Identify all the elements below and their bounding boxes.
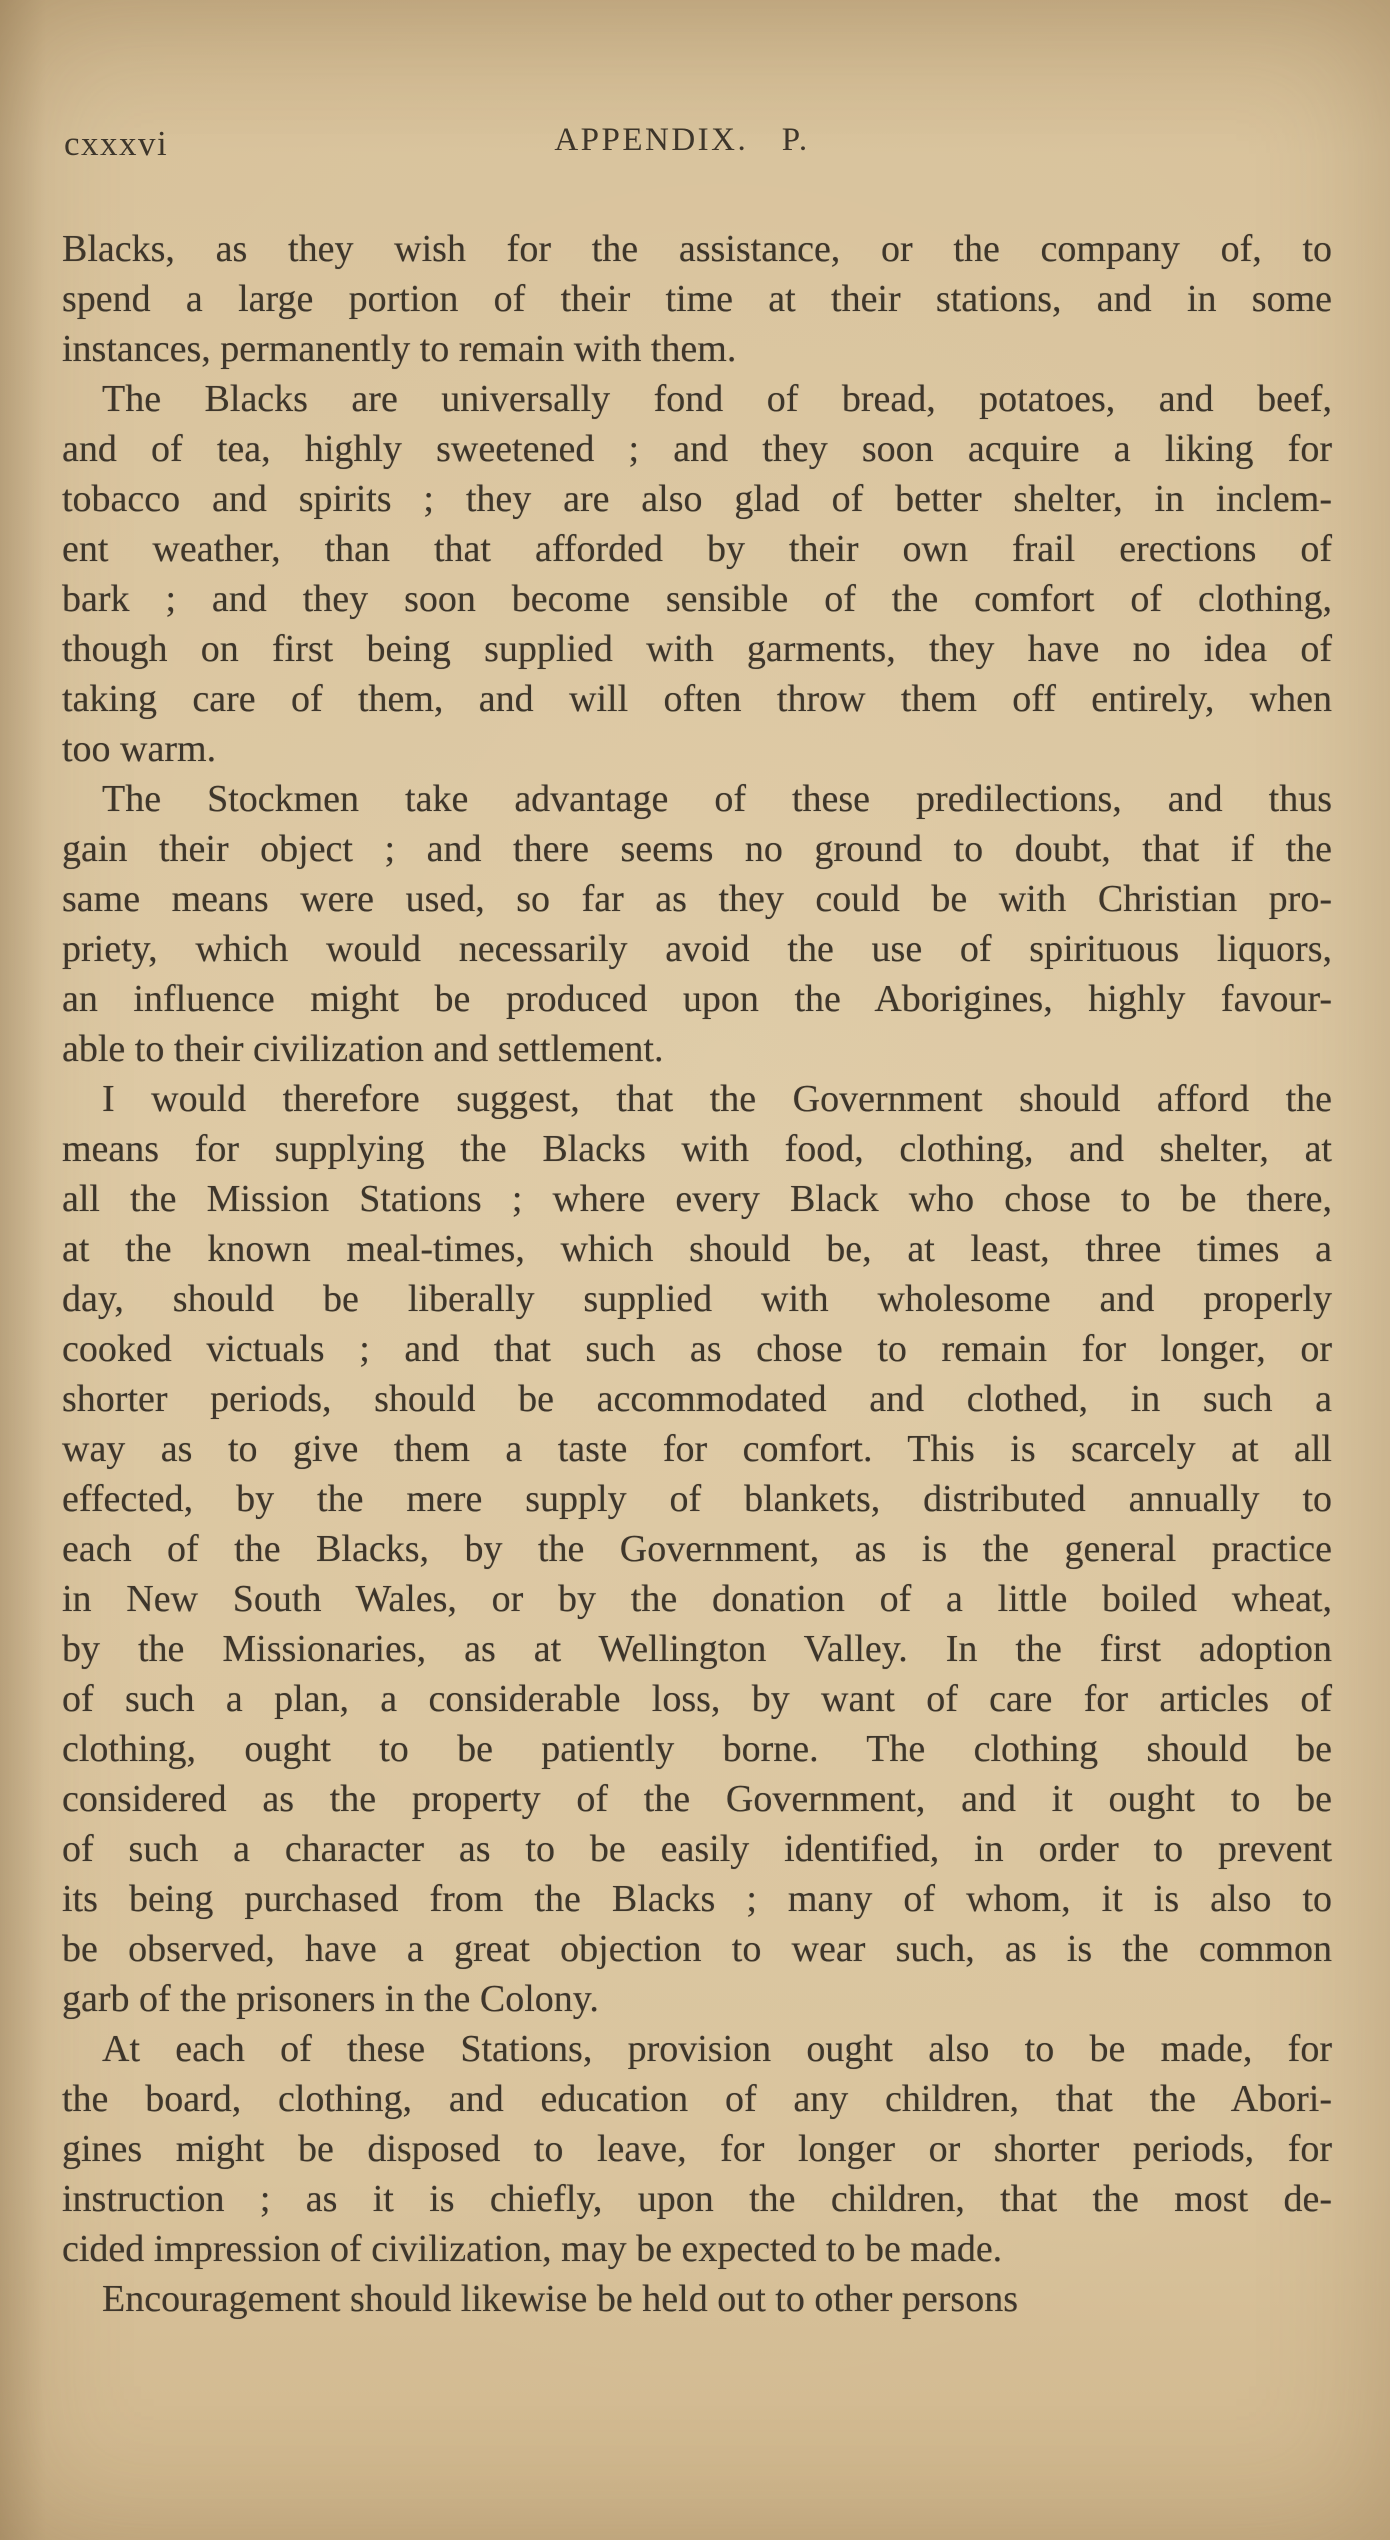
text-line: all the Mission Stations ; where every B… — [62, 1174, 1332, 1224]
text-line: by the Missionaries, as at Wellington Va… — [62, 1624, 1332, 1674]
text-line: of such a character as to be easily iden… — [62, 1824, 1332, 1874]
text-line: at the known meal-times, which should be… — [62, 1224, 1332, 1274]
text-line: though on first being supplied with garm… — [62, 624, 1332, 674]
text-line: The Stockmen take advantage of these pre… — [62, 774, 1332, 824]
text-line: garb of the prisoners in the Colony. — [62, 1974, 1332, 2024]
text-line: gines might be disposed to leave, for lo… — [62, 2124, 1332, 2174]
text-line: considered as the property of the Govern… — [62, 1774, 1332, 1824]
text-line: too warm. — [62, 724, 1332, 774]
text-line: of such a plan, a considerable loss, by … — [62, 1674, 1332, 1724]
text-line: Encouragement should likewise be held ou… — [62, 2274, 1332, 2324]
paragraph: The Blacks are universally fond of bread… — [62, 374, 1332, 774]
text-line: bark ; and they soon become sensible of … — [62, 574, 1332, 624]
paragraph: The Stockmen take advantage of these pre… — [62, 774, 1332, 1074]
text-line: be observed, have a great objection to w… — [62, 1924, 1332, 1974]
text-line: day, should be liberally supplied with w… — [62, 1274, 1332, 1324]
text-line: gain their object ; and there seems no g… — [62, 824, 1332, 874]
text-line: able to their civilization and settlemen… — [62, 1024, 1332, 1074]
text-line: tobacco and spirits ; they are also glad… — [62, 474, 1332, 524]
text-line: and of tea, highly sweetened ; and they … — [62, 424, 1332, 474]
text-line: ent weather, than that afforded by their… — [62, 524, 1332, 574]
page-body: Blacks, as they wish for the assistance,… — [62, 224, 1332, 2324]
text-line: I would therefore suggest, that the Gove… — [62, 1074, 1332, 1124]
text-line: Blacks, as they wish for the assistance,… — [62, 224, 1332, 274]
text-line: cided impression of civilization, may be… — [62, 2224, 1332, 2274]
text-line: an influence might be produced upon the … — [62, 974, 1332, 1024]
text-line: shorter periods, should be accommodated … — [62, 1374, 1332, 1424]
paragraph: Blacks, as they wish for the assistance,… — [62, 224, 1332, 374]
text-line: spend a large portion of their time at t… — [62, 274, 1332, 324]
text-line: same means were used, so far as they cou… — [62, 874, 1332, 924]
text-line: clothing, ought to be patiently borne. T… — [62, 1724, 1332, 1774]
paragraph: I would therefore suggest, that the Gove… — [62, 1074, 1332, 2024]
text-line: instruction ; as it is chiefly, upon the… — [62, 2174, 1332, 2224]
text-line: its being purchased from the Blacks ; ma… — [62, 1874, 1332, 1924]
text-line: means for supplying the Blacks with food… — [62, 1124, 1332, 1174]
running-head: APPENDIX. P. — [62, 122, 1302, 159]
paragraph: At each of these Stations, provision oug… — [62, 2024, 1332, 2274]
text-line: cooked victuals ; and that such as chose… — [62, 1324, 1332, 1374]
text-line: the board, clothing, and education of an… — [62, 2074, 1332, 2124]
text-line: priety, which would necessarily avoid th… — [62, 924, 1332, 974]
paragraph: Encouragement should likewise be held ou… — [62, 2274, 1332, 2324]
page-header: cxxxvi APPENDIX. P. — [62, 122, 1332, 166]
book-page: cxxxvi APPENDIX. P. Blacks, as they wish… — [0, 0, 1390, 2540]
text-line: in New South Wales, or by the donation o… — [62, 1574, 1332, 1624]
text-line: taking care of them, and will often thro… — [62, 674, 1332, 724]
text-line: effected, by the mere supply of blankets… — [62, 1474, 1332, 1524]
text-line: At each of these Stations, provision oug… — [62, 2024, 1332, 2074]
text-line: way as to give them a taste for comfort.… — [62, 1424, 1332, 1474]
text-line: The Blacks are universally fond of bread… — [62, 374, 1332, 424]
text-line: each of the Blacks, by the Government, a… — [62, 1524, 1332, 1574]
text-line: instances, permanently to remain with th… — [62, 324, 1332, 374]
